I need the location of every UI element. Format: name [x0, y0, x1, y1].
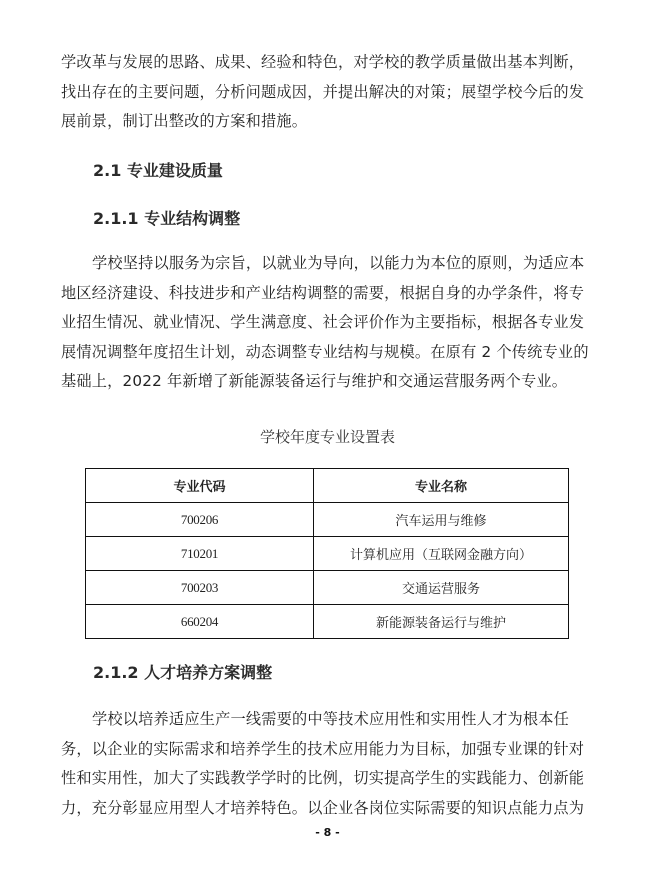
text-line: 务，以企业的实际需求和培养学生的技术应用能力为目标，加强专业课的针对: [61, 735, 591, 765]
major-name-cell: 新能源装备运行与维护: [314, 605, 569, 639]
text-line: 展情况调整年度招生计划，动态调整专业结构与规模。在原有 2 个传统专业的: [61, 338, 591, 368]
text-line: 地区经济建设、科技进步和产业结构调整的需要，根据自身的办学条件，将专: [61, 279, 591, 309]
major-name-cell: 计算机应用（互联网金融方向）: [314, 537, 569, 571]
table-header-row: 专业代码 专业名称: [86, 469, 569, 503]
text-line: 性和实用性，加大了实践教学学时的比例，切实提高学生的实践能力、创新能: [61, 764, 591, 794]
section-heading-2-1-1: 2.1.1 专业结构调整: [93, 206, 240, 229]
text-line: 找出存在的主要问题，分析问题成因，并提出解决的对策；展望学校今后的发: [61, 78, 591, 108]
table-row: 660204 新能源装备运行与维护: [86, 605, 569, 639]
text-line: 基础上，2022 年新增了新能源装备运行与维护和交通运营服务两个专业。: [61, 367, 591, 397]
header-major-code: 专业代码: [86, 469, 314, 503]
major-name-cell: 交通运营服务: [314, 571, 569, 605]
text-line: 学校坚持以服务为宗旨，以就业为导向，以能力为本位的原则，为适应本: [61, 249, 591, 279]
major-code-cell: 710201: [86, 537, 314, 571]
table-caption: 学校年度专业设置表: [0, 426, 655, 447]
major-code-cell: 700203: [86, 571, 314, 605]
table-row: 700206 汽车运用与维修: [86, 503, 569, 537]
table-row: 710201 计算机应用（互联网金融方向）: [86, 537, 569, 571]
header-major-name: 专业名称: [314, 469, 569, 503]
text-line: 业招生情况、就业情况、学生满意度、社会评价作为主要指标，根据各专业发: [61, 308, 591, 338]
text-line: 学改革与发展的思路、成果、经验和特色，对学校的教学质量做出基本判断，: [61, 48, 591, 78]
text-line: 力，充分彰显应用型人才培养特色。以企业各岗位实际需要的知识点能力点为: [61, 794, 591, 824]
text-line: 学校以培养适应生产一线需要的中等技术应用性和实用性人才为根本任: [61, 705, 591, 735]
page-number: - 8 -: [0, 826, 655, 839]
training-plan-paragraph: 学校以培养适应生产一线需要的中等技术应用性和实用性人才为根本任 务，以企业的实际…: [61, 705, 591, 823]
intro-paragraph: 学改革与发展的思路、成果、经验和特色，对学校的教学质量做出基本判断， 找出存在的…: [61, 48, 591, 137]
section-heading-2-1-2: 2.1.2 人才培养方案调整: [93, 660, 272, 683]
major-code-cell: 700206: [86, 503, 314, 537]
structure-adjustment-paragraph: 学校坚持以服务为宗旨，以就业为导向，以能力为本位的原则，为适应本 地区经济建设、…: [61, 249, 591, 397]
document-page: 学改革与发展的思路、成果、经验和特色，对学校的教学质量做出基本判断， 找出存在的…: [0, 0, 655, 879]
major-name-cell: 汽车运用与维修: [314, 503, 569, 537]
table-row: 700203 交通运营服务: [86, 571, 569, 605]
text-line: 展前景，制订出整改的方案和措施。: [61, 107, 591, 137]
major-settings-table: 专业代码 专业名称 700206 汽车运用与维修 710201 计算机应用（互联…: [85, 468, 569, 639]
section-heading-2-1: 2.1 专业建设质量: [93, 158, 223, 181]
major-code-cell: 660204: [86, 605, 314, 639]
